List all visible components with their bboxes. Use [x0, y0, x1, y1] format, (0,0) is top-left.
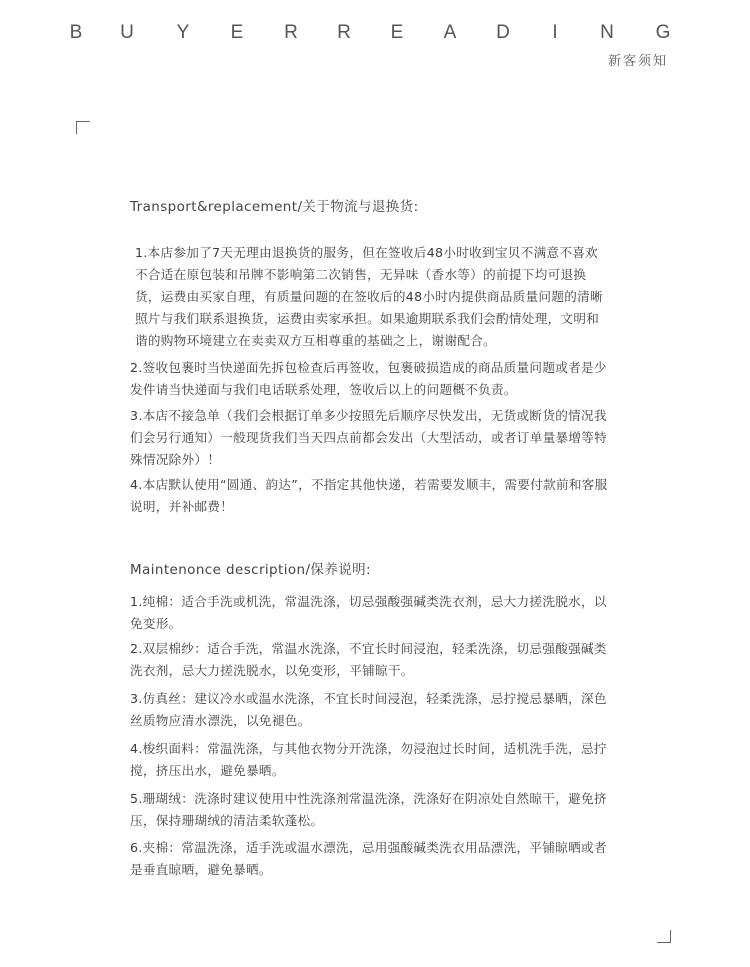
brand-letter: R: [281, 22, 301, 44]
subtitle: 新客须知: [608, 50, 668, 69]
transport-section-title: Transport&replacement/关于物流与退换货:: [130, 195, 419, 215]
brand-letter: E: [387, 22, 407, 44]
brand-letter: D: [493, 22, 513, 44]
transport-item-1: 1.本店参加了7天无理由退换货的服务，但在签收后48小时收到宝贝不满意不喜欢不合…: [135, 242, 610, 352]
brand-letter: R: [334, 22, 354, 44]
brand-letter: A: [440, 22, 460, 44]
transport-item-3: 3.本店不接急单（我们会根据订单多少按照先后顺序尽快发出，无货或断货的情况我们会…: [130, 405, 610, 471]
corner-mark-bottom-right: [657, 930, 671, 943]
maintenance-item-6: 6.夹棉：常温洗涤，适手洗或温水漂洗，忌用强酸碱类洗衣用品漂洗，平铺晾晒或者是垂…: [130, 837, 610, 881]
brand-letter: I: [545, 22, 565, 44]
brand-letter: B: [66, 22, 86, 44]
corner-mark-top-left: [76, 121, 90, 134]
brand-title: B U Y E R R E A D I N G: [66, 22, 686, 52]
maintenance-item-1: 1.纯棉：适合手洗或机洗，常温洗涤，切忌强酸强碱类洗衣剂，忌大力搓洗脱水，以免变…: [130, 591, 610, 635]
brand-letter: E: [227, 22, 247, 44]
transport-item-2: 2.签收包裹时当快递面先拆包检查后再签收，包裹破损造成的商品质量问题或者是少发件…: [130, 357, 610, 401]
maintenance-item-4: 4.梭织面料：常温洗涤，与其他衣物分开洗涤，勿浸泡过长时间，适机洗手洗，忌拧搅，…: [130, 738, 610, 782]
transport-item-4: 4.本店默认使用“圆通、韵达”，不指定其他快递，若需要发顺丰，需要付款前和客服说…: [130, 474, 610, 518]
maintenance-item-5: 5.珊瑚绒：洗涤时建议使用中性洗涤剂常温洗涤，洗涤好在阴凉处自然晾干，避免挤压，…: [130, 788, 610, 832]
brand-letter: U: [117, 22, 137, 44]
brand-letter: G: [653, 22, 673, 44]
maintenance-item-2: 2.双层棉纱：适合手洗，常温水洗涤，不宜长时间浸泡，轻柔洗涤，切忌强酸强碱类洗衣…: [130, 638, 610, 682]
brand-letter: N: [597, 22, 617, 44]
brand-letter: Y: [173, 22, 193, 44]
maintenance-section-title: Maintenonce description/保养说明:: [130, 558, 371, 578]
maintenance-item-3: 3.仿真丝：建议冷水或温水洗涤，不宜长时间浸泡，轻柔洗涤，忌拧搅忌暴晒，深色丝质…: [130, 688, 610, 732]
